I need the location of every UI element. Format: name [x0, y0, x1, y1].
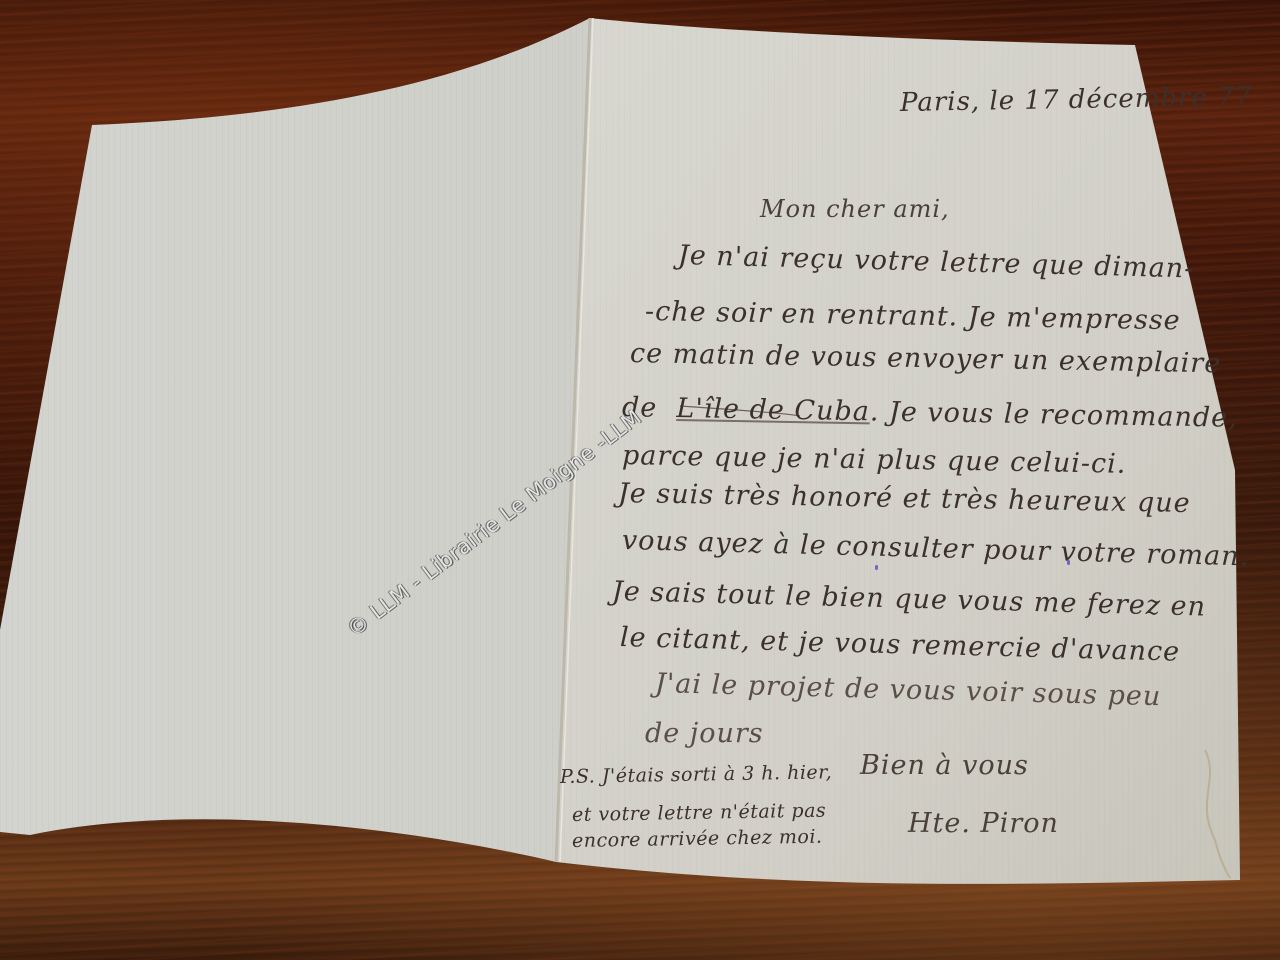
folded-letter-paper: [0, 0, 1280, 960]
